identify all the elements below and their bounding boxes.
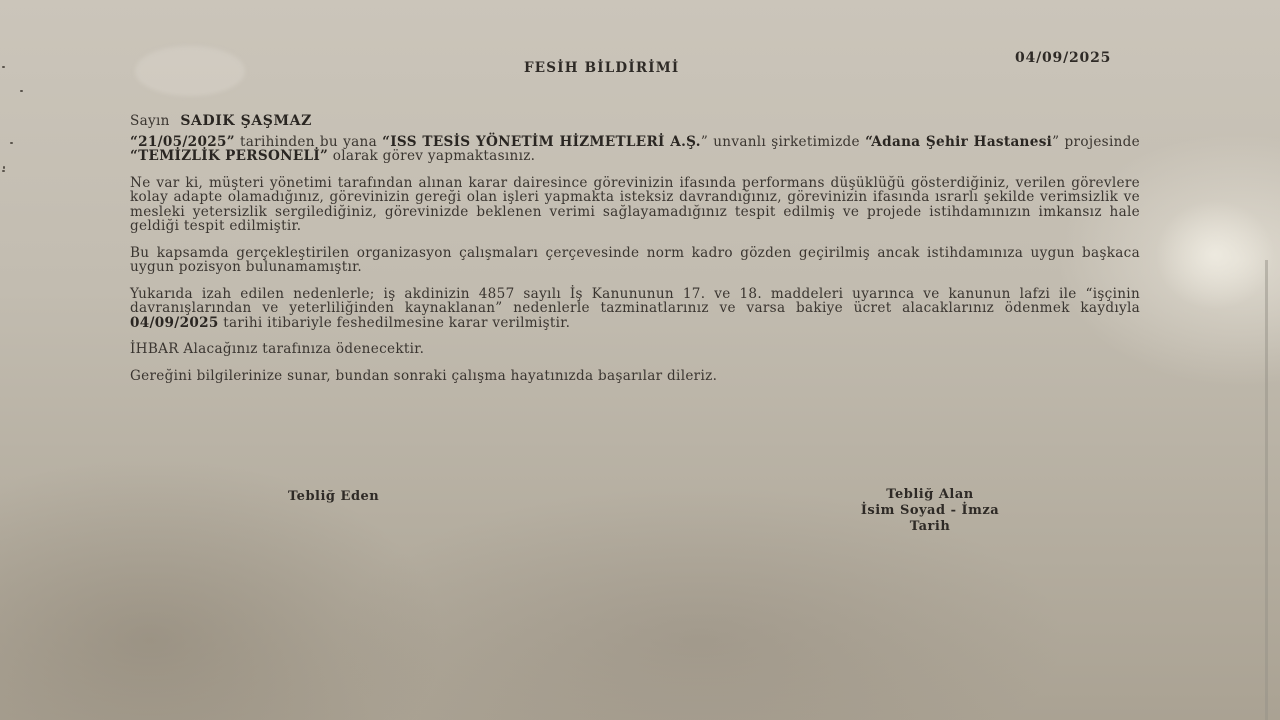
intro-text-4: olarak görev yapmaktasınız. [328, 148, 535, 164]
company-logo-watermark [135, 46, 245, 96]
recipient-label: Tebliğ Alan [820, 487, 1040, 503]
recipient-name-sign-label: İsim Soyad - İmza [820, 503, 1040, 519]
position-name: “TEMİZLİK PERSONELİ” [130, 148, 328, 164]
paper-edge [1265, 260, 1268, 720]
salutation-prefix: Sayın [130, 113, 170, 129]
termination-text-1: Yukarıda izah edilen nedenlerle; iş akdi… [130, 286, 1140, 317]
light-glare [1155, 200, 1275, 310]
paragraph-notice: İHBAR Alacağınız tarafınıza ödenecektir. [130, 342, 1140, 357]
paragraph-closing: Gereğini bilgilerinize sunar, bundan son… [130, 369, 1140, 384]
document-title: FESİH BİLDİRİMİ [524, 60, 679, 76]
paragraph-review: Bu kapsamda gerçekleştirilen organizasyo… [130, 246, 1140, 275]
recipient-date-label: Tarih [820, 519, 1040, 535]
recipient-name: SADIK ŞAŞMAZ [180, 113, 312, 129]
salutation: Sayın SADIK ŞAŞMAZ [130, 114, 1140, 129]
termination-date: 04/09/2025 [130, 315, 219, 331]
paragraph-termination: Yukarıda izah edilen nedenlerle; iş akdi… [130, 287, 1140, 331]
project-name: “Adana Şehir Hastanesi [865, 134, 1052, 150]
paper-document: FESİH BİLDİRİMİ 04/09/2025 Sayın SADIK Ş… [0, 0, 1280, 720]
signature-recipient: Tebliğ Alan İsim Soyad - İmza Tarih [820, 487, 1040, 535]
paragraph-reason: Ne var ki, müşteri yönetimi tarafından a… [130, 176, 1140, 234]
signature-issuer: Tebliğ Eden [288, 489, 379, 504]
intro-text-2: ” unvanlı şirketimizde [701, 134, 865, 150]
letter-body: Sayın SADIK ŞAŞMAZ “21/05/2025” tarihind… [130, 114, 1140, 395]
document-date: 04/09/2025 [1015, 50, 1111, 66]
paragraph-intro: “21/05/2025” tarihinden bu yana “ISS TES… [130, 135, 1140, 164]
intro-text-3: ” projesinde [1052, 134, 1140, 150]
termination-text-2: tarihi itibariyle feshedilmesine karar v… [219, 315, 571, 331]
